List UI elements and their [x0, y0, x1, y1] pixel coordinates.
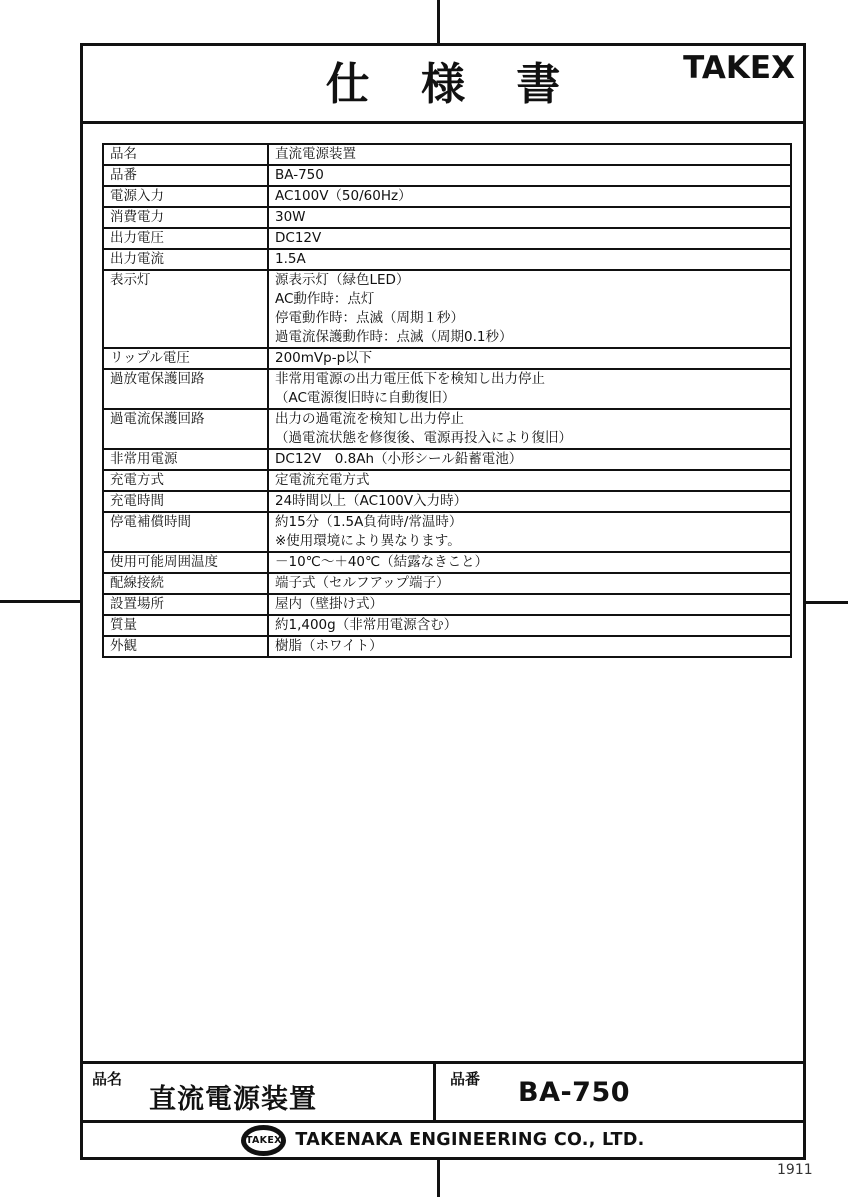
spec-value-cell: AC100V（50/60Hz）	[268, 186, 791, 207]
spec-value-cell: 源表示灯（緑色LED）AC動作時：点灯停電動作時：点滅（周期１秒）過電流保護動作…	[268, 270, 791, 348]
spec-value-line: 屋内（壁掛け式）	[275, 595, 788, 614]
spec-label-text: 充電方式	[110, 471, 265, 490]
table-row: 使用可能周囲温度－10℃～＋40℃（結露なきこと）	[103, 552, 791, 573]
spec-label-cell: 質量	[103, 615, 268, 636]
crop-mark-top	[437, 0, 440, 44]
spec-label-cell: 設置場所	[103, 594, 268, 615]
spec-label-text: 質量	[110, 616, 265, 635]
product-name-cell: 品名 直流電源装置	[83, 1064, 436, 1120]
spec-value-cell: DC12V 0.8Ah（小形シール鉛蓄電池）	[268, 449, 791, 470]
spec-label-text: 停電補償時間	[110, 513, 265, 532]
table-row: 表示灯源表示灯（緑色LED）AC動作時：点灯停電動作時：点滅（周期１秒）過電流保…	[103, 270, 791, 348]
spec-value-line: （過電流状態を修復後、電源再投入により復旧）	[275, 429, 788, 448]
spec-value-line: 源表示灯（緑色LED）	[275, 271, 788, 290]
spec-label-cell: 外観	[103, 636, 268, 657]
spec-value-cell: －10℃～＋40℃（結露なきこと）	[268, 552, 791, 573]
spec-label-text: 設置場所	[110, 595, 265, 614]
spec-label-cell: 品名	[103, 144, 268, 165]
spec-value-line: DC12V	[275, 229, 788, 248]
spec-value-cell: 約1,400g（非常用電源含む）	[268, 615, 791, 636]
spec-label-cell: 品番	[103, 165, 268, 186]
spec-label-cell: 非常用電源	[103, 449, 268, 470]
document-frame: 仕 様 書 TAKEX 品名直流電源装置品番BA-750電源入力AC100V（5…	[80, 43, 806, 1160]
product-name-label: 品名	[92, 1068, 122, 1089]
document-header: 仕 様 書 TAKEX	[83, 46, 803, 124]
spec-value-cell: 24時間以上（AC100V入力時）	[268, 491, 791, 512]
spec-label-cell: リップル電圧	[103, 348, 268, 369]
spec-value-cell: BA-750	[268, 165, 791, 186]
spec-value-cell: 端子式（セルフアップ端子）	[268, 573, 791, 594]
table-row: 出力電流1.5A	[103, 249, 791, 270]
spec-value-line: ※使用環境により異なります。	[275, 532, 788, 551]
spec-value-line: 過電流保護動作時：点滅（周期0.1秒）	[275, 328, 788, 347]
spec-label-text: 外観	[110, 637, 265, 656]
spec-value-cell: 出力の過電流を検知し出力停止（過電流状態を修復後、電源再投入により復旧）	[268, 409, 791, 449]
spec-value-line: AC動作時：点灯	[275, 290, 788, 309]
spec-value-line: －10℃～＋40℃（結露なきこと）	[275, 553, 788, 572]
table-row: 非常用電源DC12V 0.8Ah（小形シール鉛蓄電池）	[103, 449, 791, 470]
table-row: 品名直流電源装置	[103, 144, 791, 165]
spec-value-cell: 1.5A	[268, 249, 791, 270]
table-row: 質量約1,400g（非常用電源含む）	[103, 615, 791, 636]
model-label: 品番	[450, 1068, 480, 1089]
spec-label-cell: 消費電力	[103, 207, 268, 228]
spec-value-cell: 30W	[268, 207, 791, 228]
spec-value-line: AC100V（50/60Hz）	[275, 187, 788, 206]
table-row: 過電流保護回路出力の過電流を検知し出力停止（過電流状態を修復後、電源再投入により…	[103, 409, 791, 449]
spec-value-line: 200mVp-p以下	[275, 349, 788, 368]
spec-label-cell: 電源入力	[103, 186, 268, 207]
table-row: 外観樹脂（ホワイト）	[103, 636, 791, 657]
spec-value-line: 24時間以上（AC100V入力時）	[275, 492, 788, 511]
table-row: 消費電力30W	[103, 207, 791, 228]
page-number: 1911	[777, 1162, 813, 1178]
spec-value-cell: 定電流充電方式	[268, 470, 791, 491]
spec-label-text: 過電流保護回路	[110, 410, 265, 429]
takex-logo-text: TAKEX	[683, 50, 795, 86]
table-row: 充電時間24時間以上（AC100V入力時）	[103, 491, 791, 512]
table-row: 配線接続端子式（セルフアップ端子）	[103, 573, 791, 594]
spec-value-cell: 直流電源装置	[268, 144, 791, 165]
spec-label-cell: 過放電保護回路	[103, 369, 268, 409]
spec-table-body: 品名直流電源装置品番BA-750電源入力AC100V（50/60Hz）消費電力3…	[103, 144, 791, 657]
spec-value-line: 停電動作時：点滅（周期１秒）	[275, 309, 788, 328]
spec-label-text: 表示灯	[110, 271, 265, 290]
spec-label-text: 電源入力	[110, 187, 265, 206]
spec-label-text: 非常用電源	[110, 450, 265, 469]
spec-value-line: 出力の過電流を検知し出力停止	[275, 410, 788, 429]
footer-bar: TAKEX TAKENAKA ENGINEERING CO., LTD.	[83, 1123, 803, 1157]
bottom-info-row: 品名 直流電源装置 品番 BA-750	[83, 1061, 803, 1123]
spec-label-cell: 過電流保護回路	[103, 409, 268, 449]
spec-value-cell: 非常用電源の出力電圧低下を検知し出力停止（AC電源復旧時に自動復旧）	[268, 369, 791, 409]
spec-label-text: 使用可能周囲温度	[110, 553, 265, 572]
spec-value-cell: 樹脂（ホワイト）	[268, 636, 791, 657]
spec-label-cell: 表示灯	[103, 270, 268, 348]
table-row: 充電方式定電流充電方式	[103, 470, 791, 491]
spec-label-text: 品名	[110, 145, 265, 164]
spec-value-line: （AC電源復旧時に自動復旧）	[275, 389, 788, 408]
table-row: 停電補償時間約15分（1.5A負荷時/常温時）※使用環境により異なります。	[103, 512, 791, 552]
spec-table: 品名直流電源装置品番BA-750電源入力AC100V（50/60Hz）消費電力3…	[102, 143, 792, 658]
spec-sheet-page: { "colors": { "ink": "#111111", "paper":…	[0, 0, 848, 1200]
takex-oval-logo-icon: TAKEX	[241, 1125, 286, 1156]
spec-label-text: 過放電保護回路	[110, 370, 265, 389]
spec-value-cell: 200mVp-p以下	[268, 348, 791, 369]
spec-value-line: 約15分（1.5A負荷時/常温時）	[275, 513, 788, 532]
spec-label-cell: 配線接続	[103, 573, 268, 594]
spec-value-cell: 屋内（壁掛け式）	[268, 594, 791, 615]
table-row: 設置場所屋内（壁掛け式）	[103, 594, 791, 615]
table-row: 品番BA-750	[103, 165, 791, 186]
model-value: BA-750	[518, 1077, 630, 1108]
crop-mark-left	[0, 600, 80, 603]
spec-label-cell: 出力電流	[103, 249, 268, 270]
spec-value-line: 直流電源装置	[275, 145, 788, 164]
table-row: 電源入力AC100V（50/60Hz）	[103, 186, 791, 207]
spec-value-line: 約1,400g（非常用電源含む）	[275, 616, 788, 635]
spec-label-cell: 使用可能周囲温度	[103, 552, 268, 573]
company-name: TAKENAKA ENGINEERING CO., LTD.	[295, 1130, 644, 1150]
spec-label-text: 品番	[110, 166, 265, 185]
takex-oval-logo-text: TAKEX	[246, 1135, 282, 1146]
spec-value-line: 定電流充電方式	[275, 471, 788, 490]
table-row: 出力電圧DC12V	[103, 228, 791, 249]
model-cell: 品番 BA-750	[436, 1064, 803, 1120]
spec-label-text: 消費電力	[110, 208, 265, 227]
spec-label-text: 充電時間	[110, 492, 265, 511]
spec-label-cell: 充電方式	[103, 470, 268, 491]
spec-value-cell: 約15分（1.5A負荷時/常温時）※使用環境により異なります。	[268, 512, 791, 552]
spec-value-line: BA-750	[275, 166, 788, 185]
spec-label-text: 配線接続	[110, 574, 265, 593]
spec-label-cell: 充電時間	[103, 491, 268, 512]
spec-label-text: 出力電圧	[110, 229, 265, 248]
spec-value-line: 樹脂（ホワイト）	[275, 637, 788, 656]
table-row: 過放電保護回路非常用電源の出力電圧低下を検知し出力停止（AC電源復旧時に自動復旧…	[103, 369, 791, 409]
table-row: リップル電圧200mVp-p以下	[103, 348, 791, 369]
spec-value-line: 非常用電源の出力電圧低下を検知し出力停止	[275, 370, 788, 389]
spec-value-line: 端子式（セルフアップ端子）	[275, 574, 788, 593]
product-name-value: 直流電源装置	[149, 1077, 317, 1116]
spec-value-line: 1.5A	[275, 250, 788, 269]
spec-value-line: 30W	[275, 208, 788, 227]
spec-value-line: DC12V 0.8Ah（小形シール鉛蓄電池）	[275, 450, 788, 469]
spec-label-text: リップル電圧	[110, 349, 265, 368]
crop-mark-right	[806, 601, 848, 604]
spec-value-cell: DC12V	[268, 228, 791, 249]
crop-mark-bottom	[437, 1158, 440, 1197]
spec-label-cell: 出力電圧	[103, 228, 268, 249]
spec-label-text: 出力電流	[110, 250, 265, 269]
spec-label-cell: 停電補償時間	[103, 512, 268, 552]
